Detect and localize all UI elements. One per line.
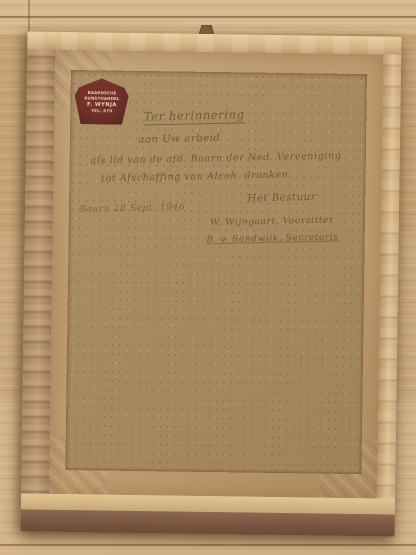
picture-frame-back: BAARNSCHE KUNSTHANDEL F. WYNJA TEL. 679 …	[21, 31, 402, 536]
cardboard-backing: BAARNSCHE KUNSTHANDEL F. WYNJA TEL. 679 …	[65, 70, 367, 474]
stamp-line: BAARNSCHE	[87, 90, 116, 95]
stamp-line: F. WYNJA	[87, 101, 117, 108]
handwritten-dedication: Ter herinnering aan Uw arbeid als lid va…	[78, 105, 351, 271]
dedication-title: Ter herinnering	[144, 107, 245, 125]
signature-chairman: W. Wijngaart, Voorzitter	[210, 216, 334, 229]
dedication-line: als lid van de afd. Baarn der Ned. Veree…	[91, 150, 342, 166]
kraft-tape-border: BAARNSCHE KUNSTHANDEL F. WYNJA TEL. 679 …	[49, 50, 383, 499]
dedication-board: Het Bestuur	[247, 192, 316, 204]
dedication-date: Baarn 28 Sept. 1946	[80, 203, 186, 215]
signature-secretary: B. v. Sandwijk, Secretaris	[206, 232, 338, 245]
dedication-line: tot Afschaffing van Alcoh. dranken.	[101, 169, 292, 184]
photo-frame-back: BAARNSCHE KUNSTHANDEL F. WYNJA TEL. 679 …	[0, 0, 416, 555]
floor-plank-seam	[0, 544, 416, 546]
stamp-line: KUNSTHANDEL	[84, 95, 119, 100]
dedication-line: aan Uw arbeid	[138, 133, 220, 146]
floor-plank-seam	[0, 16, 416, 18]
